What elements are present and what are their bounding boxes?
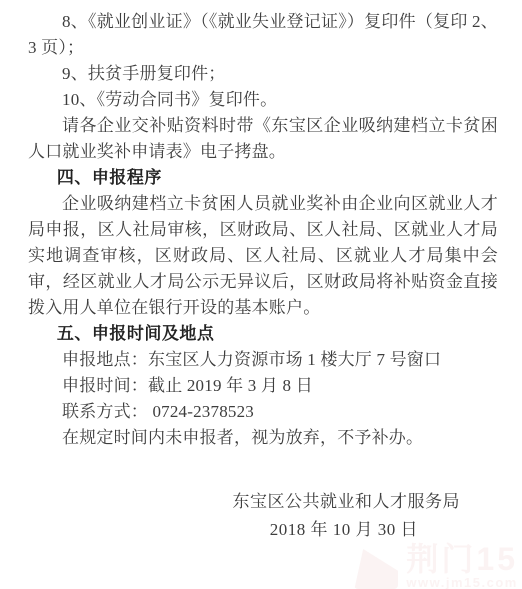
- signature-date: 2018 年 10 月 30 日: [28, 517, 498, 543]
- deadline-warning: 在规定时间内未申报者，视为放弃，不予补办。: [28, 425, 498, 451]
- application-procedure-body: 企业吸纳建档立卡贫困人员就业奖补由企业向区就业人才局申报，区人社局审核，区财政局…: [28, 191, 498, 321]
- application-location: 申报地点：东宝区人力资源市场 1 楼大厅 7 号窗口: [28, 347, 498, 373]
- watermark-title: 荆门15: [406, 543, 518, 575]
- watermark: 荆门15 www.jm15.com: [354, 543, 518, 589]
- materials-note: 请各企业交补贴资料时带《东宝区企业吸纳建档立卡贫困人口就业奖补申请表》电子拷盘。: [28, 113, 498, 165]
- list-item-9: 9、扶贫手册复印件；: [28, 61, 498, 87]
- section-heading-time-and-place: 五、申报时间及地点: [28, 321, 498, 347]
- watermark-text-block: 荆门15 www.jm15.com: [406, 543, 518, 589]
- watermark-logo-icon: [354, 549, 398, 589]
- list-item-10: 10、《劳动合同书》复印件。: [28, 87, 498, 113]
- signature-organization: 东宝区公共就业和人才服务局: [28, 489, 498, 515]
- document-content: 8、《就业创业证》（《就业失业登记证》）复印件（复印 2、3 页）； 9、扶贫手…: [0, 0, 522, 543]
- list-item-8: 8、《就业创业证》（《就业失业登记证》）复印件（复印 2、3 页）；: [28, 9, 498, 61]
- document-page: 8、《就业创业证》（《就业失业登记证》）复印件（复印 2、3 页）； 9、扶贫手…: [0, 0, 522, 589]
- contact-phone: 联系方式： 0724-2378523: [28, 399, 498, 425]
- application-deadline: 申报时间：截止 2019 年 3 月 8 日: [28, 373, 498, 399]
- watermark-url: www.jm15.com: [406, 576, 517, 589]
- section-heading-application-procedure: 四、申报程序: [28, 165, 498, 191]
